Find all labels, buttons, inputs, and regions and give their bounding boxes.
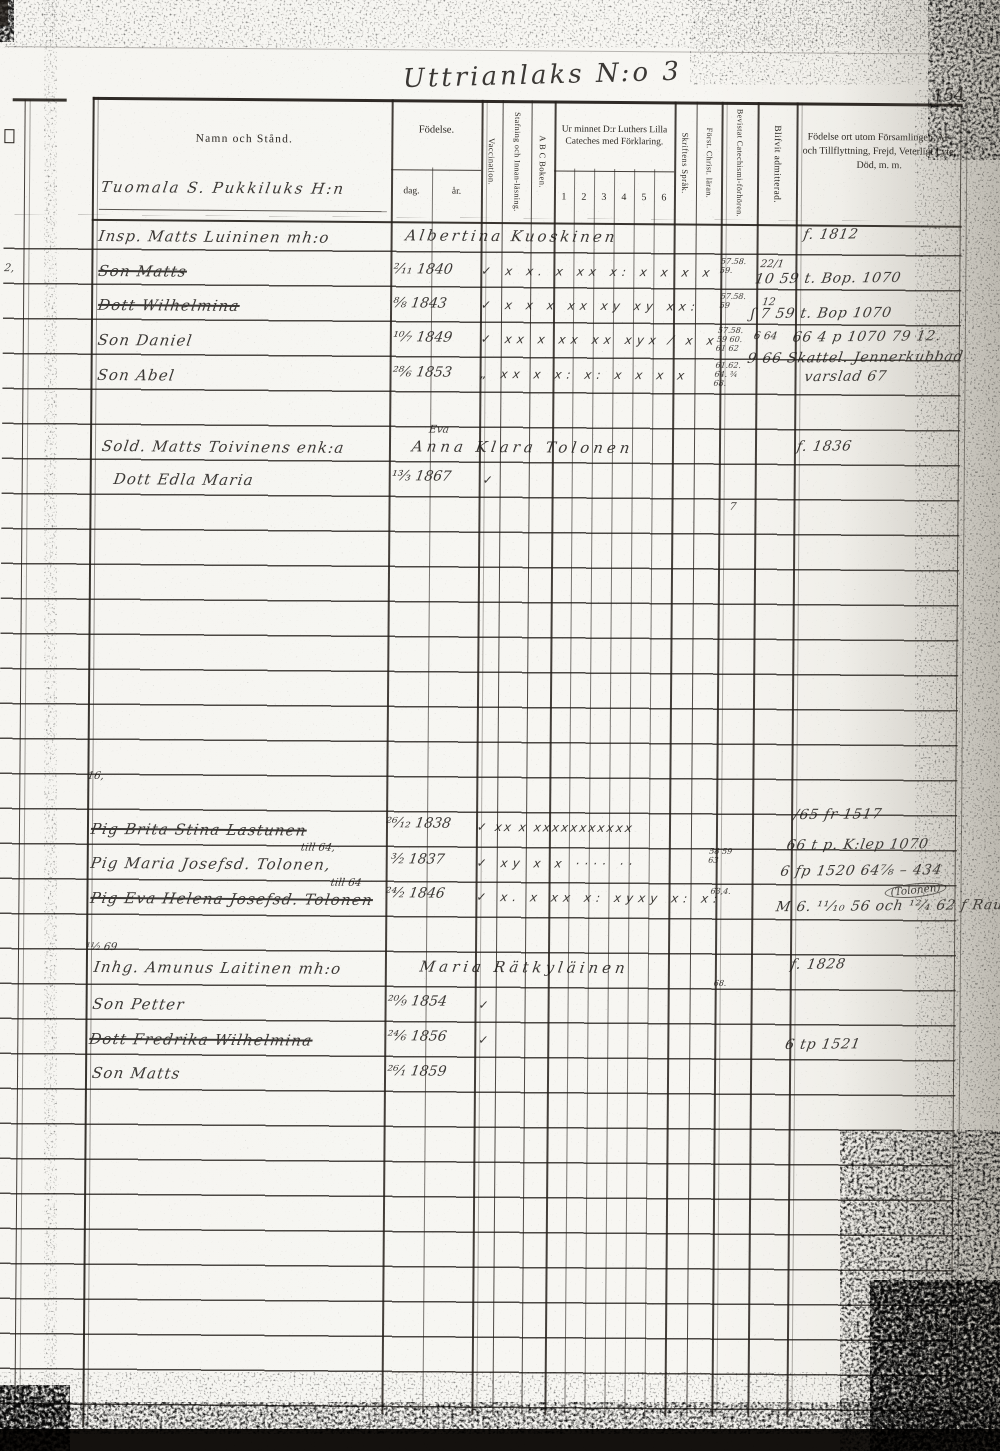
- remark: f. 1836: [796, 438, 854, 455]
- table-grid-hline: [391, 169, 481, 171]
- exam-marks: ✓ xx x xxxxxxxxxxx: [476, 820, 634, 835]
- member-name: Dott Fredrika Wilhelmina: [88, 1030, 314, 1050]
- member-name: Pig Brita Stina Lastunen: [90, 820, 308, 840]
- correction-note: till 64,: [300, 842, 336, 854]
- member-name: Son Matts: [97, 262, 188, 281]
- margin-note: 7: [729, 501, 737, 513]
- column-header-year: år.: [432, 184, 481, 200]
- correction-note: Eva: [428, 424, 450, 436]
- column-header-birth: Födelse.: [391, 119, 481, 140]
- margin-note: 16,: [87, 770, 105, 782]
- spouse-name: Maria Rätkyläinen: [419, 957, 631, 977]
- admission-note: 22/1: [760, 258, 785, 270]
- column-header-name: Namn och Stånd.: [104, 127, 384, 151]
- household-name: Sold. Matts Toivinens enk:a: [101, 437, 346, 457]
- member-name: Pig Maria Josefsd. Tolonen,: [89, 854, 332, 874]
- table-grid-hline: [99, 209, 387, 212]
- member-name: Son Petter: [91, 995, 186, 1014]
- member-name: Son Abel: [96, 366, 176, 385]
- scanned-page: Uttrianlaks N:o 3 154 Namn och Stånd. Fö…: [0, 0, 1000, 1451]
- table-grid-hline: [13, 98, 67, 101]
- attendance-years: 57.58. 59 60. 61 62: [715, 326, 744, 353]
- attendance-years: 68.: [713, 979, 727, 988]
- catechism-col-4: 4: [614, 177, 634, 217]
- correction-note: till 64: [330, 877, 363, 889]
- attendance-years: 61.62. 64. ¾ 68.: [713, 361, 742, 388]
- margin-note: ¹¹⁄₂ 69: [85, 941, 118, 953]
- exam-marks: ✓ xy x x ···· ··: [476, 856, 638, 871]
- attendance-years: 58 59 63: [708, 847, 733, 865]
- column-header-catechism: Ur minnet D:r Luthers Lilla Cateches med…: [556, 105, 672, 168]
- page-title: Uttrianlaks N:o 3: [403, 57, 683, 95]
- catechism-col-2: 2: [574, 177, 594, 217]
- birth-date: ²⁶⁄₁₂ 1838: [385, 815, 452, 831]
- exam-marks: ✓: [478, 1033, 495, 1047]
- birth-date: ²⁴⁄₆ 1856: [386, 1028, 448, 1044]
- birth-date: ²⁴⁄₂ 1846: [384, 885, 446, 901]
- exam-marks: ✓ xx x xx xx xyx ⁄ x x: [480, 332, 719, 348]
- member-name: Dott Edla Maria: [112, 470, 255, 489]
- birth-date: ¹³⁄₃ 1867: [391, 468, 453, 484]
- table-grid-hline: [5, 46, 945, 54]
- facing-page-cell: [4, 129, 14, 143]
- member-name: Pig Eva Helena Josefsd. Tolonen: [89, 889, 374, 909]
- catechism-col-1: 1: [554, 176, 574, 216]
- margin-note: 2,: [3, 262, 15, 274]
- column-header-remarks: Födelse ort utom Församlingen, Af- och T…: [799, 120, 959, 183]
- exam-marks: ✓: [482, 473, 499, 487]
- column-header-christian-doctrine: Först. Christ. läran.: [696, 105, 722, 222]
- birth-date: ²⁰⁄₉ 1854: [386, 993, 448, 1009]
- catechism-col-3: 3: [594, 177, 614, 217]
- remark: ʃ 7 59 t. Bop 1070: [749, 305, 893, 322]
- column-header-vaccination: Vaccination.: [481, 103, 503, 220]
- remark: 66 t p. K:lep 1070: [785, 836, 930, 853]
- remark: f. 1812: [802, 226, 860, 243]
- attendance-years: 63,4.: [710, 887, 731, 896]
- exam-marks: ✓ x x x xx xy xy xx:: [480, 298, 700, 314]
- admission-note: 6 64: [753, 330, 778, 342]
- remark: 9 66 Skattel. Jennerkubbad: [746, 349, 965, 367]
- birth-date: ³⁄₂ 1837: [390, 851, 446, 867]
- household-name: Insp. Matts Luininen mh:o: [97, 227, 331, 247]
- attendance-years: 57.58. 59.: [719, 257, 746, 275]
- exam-marks: ✓: [478, 998, 495, 1012]
- exam-marks: ✓ x x. x xx x: x x x x: [481, 264, 716, 280]
- remark: M 6. ¹¹⁄₁₀ 56 och ¹²⁄₄ 62 f Raut: [775, 897, 1000, 915]
- remark: 6 tp 1521: [784, 1036, 862, 1053]
- member-name: Son Daniel: [96, 331, 194, 350]
- attendance-years: 57.58. 59: [719, 292, 746, 310]
- remark: 10 59 t. Bop. 1070: [754, 270, 903, 287]
- catechism-col-5: 5: [634, 177, 654, 217]
- remark: 6 fp 1520 64⅞ – 434: [779, 862, 943, 880]
- spouse-name: Anna Klara Tolonen: [411, 437, 635, 457]
- catechism-col-6: 6: [654, 177, 674, 217]
- exam-marks: „ xx x x: x: x x x x: [480, 367, 690, 383]
- column-header-scripture-language: Skriftens Språk.: [674, 104, 697, 221]
- birth-date: ²⁄₁₁ 1840: [392, 261, 454, 277]
- column-header-admitted: Blifvit admitterad.: [757, 105, 797, 222]
- remark: f. 1828: [790, 956, 848, 973]
- column-header-abc-book: A B C Boken.: [531, 103, 555, 220]
- remark: 66 4 p 1070 79 12.: [791, 328, 942, 345]
- member-name: Dott Wilhelmina: [97, 296, 241, 315]
- column-header-spelling: Stafning och Innan-läsning.: [502, 103, 532, 220]
- birth-date: ⁸⁄₈ 1843: [392, 295, 448, 311]
- remark: varslad 67: [803, 368, 888, 385]
- household-name: Inhg. Amunus Laitinen mh:o: [93, 958, 343, 978]
- column-header-day: dag.: [391, 183, 432, 199]
- birth-date: ²⁶⁄₁ 1859: [386, 1063, 448, 1079]
- member-name: Son Matts: [91, 1064, 182, 1083]
- exam-marks: ✓ x. x xx x: xyxy x: x:: [476, 890, 723, 906]
- remark: ∕65 fr 1517: [793, 806, 884, 823]
- scan-bottom-edge: [0, 1429, 1000, 1451]
- birth-date: ²⁸⁄₆ 1853: [391, 364, 453, 380]
- spouse-name: Albertina Kuoskinen: [404, 226, 618, 246]
- village-heading: Tuomala S. Pukkiluks H:n: [100, 178, 347, 198]
- birth-date: ¹⁰⁄₇ 1849: [392, 329, 454, 345]
